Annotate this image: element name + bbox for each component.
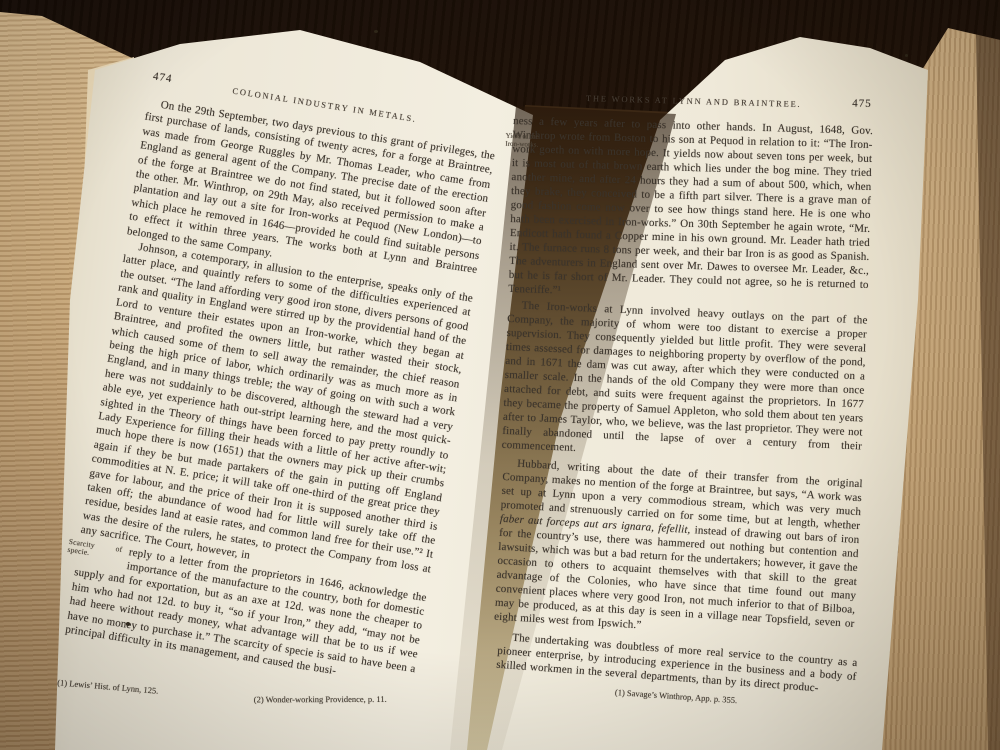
paper-speck (905, 54, 908, 57)
book-photo: 474 COLONIAL INDUSTRY IN METALS. On the … (0, 0, 1000, 750)
right-marginal-note: Yield of the Iron-works. (505, 132, 549, 149)
paper-speck (374, 30, 378, 33)
right-page-text: THE WORKS AT LYNN AND BRAINTREE. 475 Yie… (497, 88, 874, 704)
right-paragraph-1: ness a few years after to pass into othe… (508, 114, 873, 306)
right-paragraph-3: Hubbard, writing about the date of their… (494, 456, 863, 645)
right-paragraph-2: The Iron-works at Lynn involved heavy ou… (501, 298, 867, 468)
left-footnote-1: (1) Lewis’ Hist. of Lynn, 125. (57, 678, 159, 696)
left-footnote-2: (2) Wonder-working Providence, p. 11. (254, 694, 387, 704)
right-paragraph-3-post: instead of drawing out bars of iron for … (494, 524, 860, 631)
left-paragraph-2: Johnson, a cotemporary, in allusion to t… (80, 238, 474, 591)
right-page-number: 475 (852, 97, 872, 110)
